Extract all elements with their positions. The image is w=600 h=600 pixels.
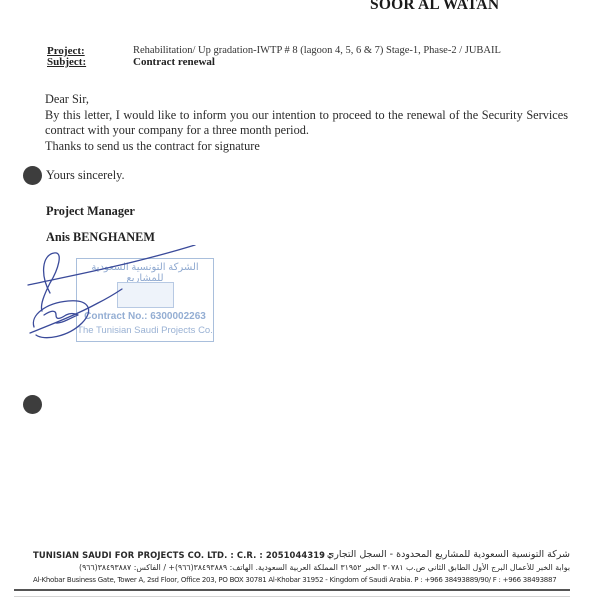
signer-name: Anis BENGHANEM bbox=[46, 230, 155, 245]
footer-divider bbox=[14, 589, 570, 591]
footer-company-name-arabic: شركة التونسية السعودية للمشاريع المحدودة… bbox=[321, 549, 570, 560]
handwritten-signature bbox=[20, 245, 320, 355]
footer-company-name: TUNISIAN SAUDI FOR PROJECTS CO. LTD. : C… bbox=[33, 550, 332, 560]
body-paragraph: Thanks to send us the contract for signa… bbox=[45, 139, 568, 155]
subject-value: Contract renewal bbox=[133, 56, 215, 68]
body-paragraph: By this letter, I would like to inform y… bbox=[45, 108, 568, 139]
subject-label: Subject: bbox=[47, 56, 86, 68]
closing: Yours sincerely. bbox=[46, 168, 125, 183]
footer-divider bbox=[14, 596, 570, 597]
letter-body: Dear Sir, By this letter, I would like t… bbox=[45, 92, 568, 154]
letterhead-company-name: SOOR AL WATAN bbox=[370, 0, 499, 14]
signer-title: Project Manager bbox=[46, 204, 135, 219]
footer-address: Al-Khobar Business Gate, Tower A, 2sd Fl… bbox=[33, 576, 556, 584]
salutation: Dear Sir, bbox=[45, 92, 568, 108]
project-value: Rehabilitation/ Up gradation-IWTP # 8 (l… bbox=[133, 45, 501, 56]
footer-address-arabic: بوابة الخبر للأعمال البرج الأول الطابق ا… bbox=[33, 563, 570, 572]
punch-hole bbox=[23, 166, 42, 185]
punch-hole bbox=[23, 395, 42, 414]
